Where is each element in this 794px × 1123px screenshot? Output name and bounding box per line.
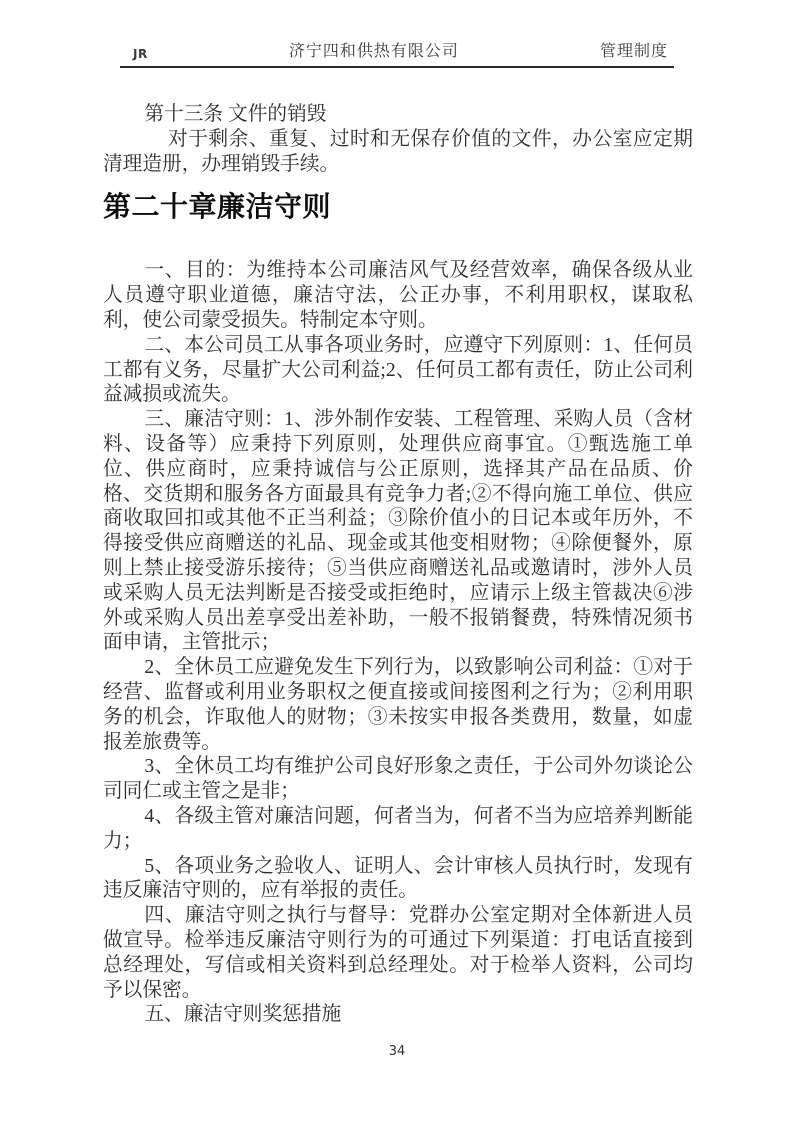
paragraph: 二、本公司员工从事各项业务时，应遵守下列原则：1、任何员工都有义务，尽量扩大公司…: [103, 333, 693, 407]
page-number: 34: [389, 1044, 406, 1059]
paragraph: 2、全休员工应避免发生下列行为，以致影响公司利益：①对于经营、监督或利用业务职权…: [103, 655, 693, 754]
paragraph: 三、廉洁守则：1、涉外制作安装、工程管理、采购人员（含材料、设备等）应秉持下列原…: [103, 407, 693, 655]
paragraph: 五、廉洁守则奖惩措施: [103, 1002, 693, 1027]
clause-body: 对于剩余、重复、过时和无保存价值的文件，办公室应定期清理造册，办理销毁手续。: [103, 127, 693, 177]
header-doc-type: 管理制度: [600, 38, 674, 61]
paragraph: 4、各级主管对廉洁问题，何者当为，何者不当为应培养判断能力；: [103, 804, 693, 854]
page-footer: 34: [0, 1042, 794, 1060]
header-company-name: 济宁四和供热有限公司: [289, 38, 459, 61]
page-header: JR 济宁四和供热有限公司 管理制度: [120, 38, 674, 68]
document-body: 第十三条 文件的销毁 对于剩余、重复、过时和无保存价值的文件，办公室应定期清理造…: [103, 102, 693, 1027]
paragraph: 3、全休员工均有维护公司良好形象之责任，于公司外勿谈论公司同仁或主管之是非；: [103, 754, 693, 804]
header-logo: JR: [120, 47, 148, 61]
clause-title: 第十三条 文件的销毁: [103, 102, 693, 127]
document-page: JR 济宁四和供热有限公司 管理制度 第十三条 文件的销毁 对于剩余、重复、过时…: [0, 0, 794, 1123]
chapter-heading: 第二十章廉洁守则: [103, 191, 693, 225]
paragraph: 四、廉洁守则之执行与督导：党群办公室定期对全体新进人员做宣导。检举违反廉洁守则行…: [103, 903, 693, 1002]
paragraph: 5、各项业务之验收人、证明人、会计审核人员执行时，发现有违反廉洁守则的，应有举报…: [103, 854, 693, 904]
paragraph: 一、目的：为维持本公司廉洁风气及经营效率，确保各级从业人员遵守职业道德，廉洁守法…: [103, 258, 693, 332]
